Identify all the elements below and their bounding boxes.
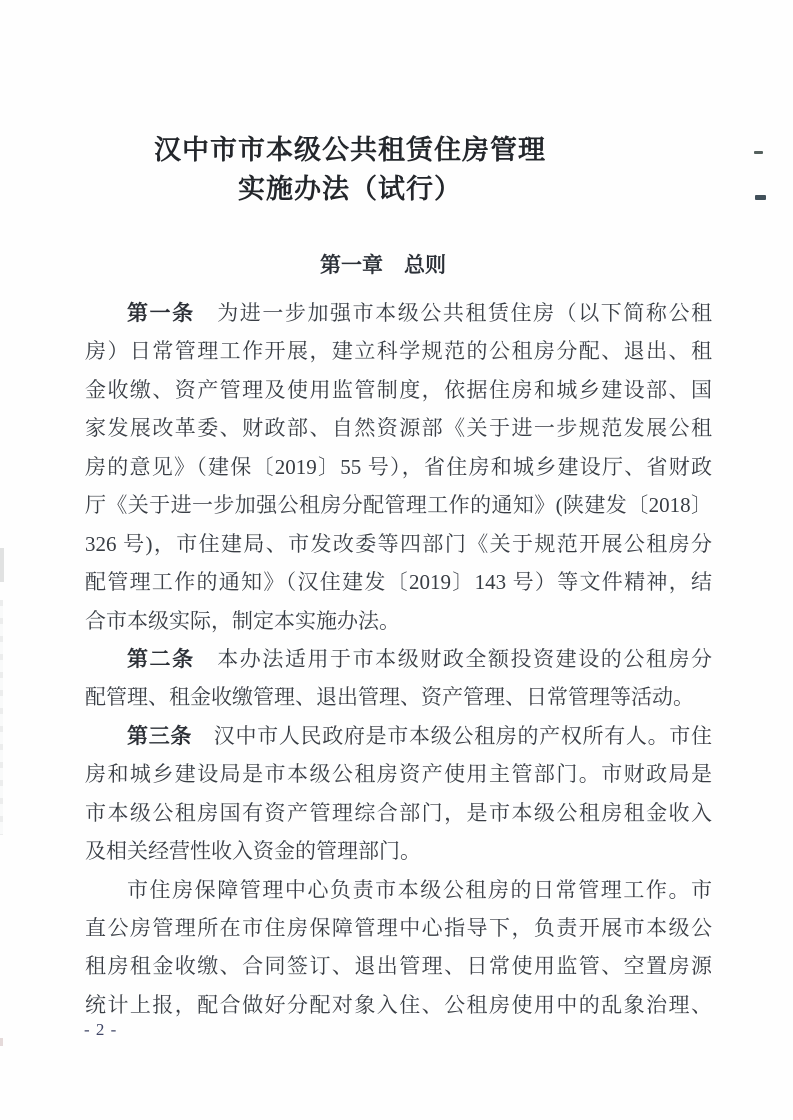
body-line: 房）日常管理工作开展，建立科学规范的公租房分配、退出、租 <box>85 332 712 370</box>
body-line: 厅《关于进一步加强公租房分配管理工作的通知》(陕建发〔2018〕 <box>85 486 712 524</box>
body-line: 第二条 本办法适用于市本级财政全额投资建设的公租房分 <box>85 640 712 678</box>
scanned-document-page: 汉中市市本级公共租赁住房管理 实施办法（试行） 第一章 总则 第一条 为进一步加… <box>0 0 793 1120</box>
body-line: 房的意见》（建保〔2019〕55 号），省住房和城乡建设厅、省财政 <box>85 448 712 486</box>
line-text: 本办法适用于市本级财政全额投资建设的公租房分 <box>195 647 712 671</box>
page-number: - 2 - <box>84 1020 117 1040</box>
scan-artifact-edge <box>0 548 4 582</box>
body-line: 家发展改革委、财政部、自然资源部《关于进一步规范发展公租 <box>85 409 712 447</box>
body-line: 金收缴、资产管理及使用监管制度，依据住房和城乡建设部、国 <box>85 371 712 409</box>
line-text: 为进一步加强市本级公共租赁住房（以下简称公租 <box>195 301 712 325</box>
article-number: 第三条 <box>127 724 192 748</box>
scan-artifact-dash <box>755 195 766 200</box>
body-line: 统计上报，配合做好分配对象入住、公租房使用中的乱象治理、 <box>85 986 712 1024</box>
body-line: 及相关经营性收入资金的管理部门。 <box>85 832 712 870</box>
line-text: 汉中市人民政府是市本级公租房的产权所有人。市住 <box>192 724 712 748</box>
document-title-line1: 汉中市市本级公共租赁住房管理 <box>0 131 700 170</box>
document-title: 汉中市市本级公共租赁住房管理 实施办法（试行） <box>0 131 700 209</box>
body-line: 租房租金收缴、合同签订、退出管理、日常使用监管、空置房源 <box>85 947 712 985</box>
scan-artifact-edge <box>0 1038 3 1046</box>
article-number: 第一条 <box>127 301 195 325</box>
body-line: 配管理工作的通知》（汉住建发〔2019〕143 号）等文件精神，结 <box>85 563 712 601</box>
document-body: 第一条 为进一步加强市本级公共租赁住房（以下简称公租 房）日常管理工作开展，建立… <box>85 294 712 1024</box>
scan-artifact-edge <box>0 600 3 835</box>
body-line: 第一条 为进一步加强市本级公共租赁住房（以下简称公租 <box>85 294 712 332</box>
body-line: 配管理、租金收缴管理、退出管理、资产管理、日常管理等活动。 <box>85 678 712 716</box>
body-line: 房和城乡建设局是市本级公租房资产使用主管部门。市财政局是 <box>85 755 712 793</box>
document-title-line2: 实施办法（试行） <box>0 170 700 209</box>
article-number: 第二条 <box>127 647 195 671</box>
body-line: 市本级公租房国有资产管理综合部门，是市本级公租房租金收入 <box>85 794 712 832</box>
body-line: 直公房管理所在市住房保障管理中心指导下，负责开展市本级公 <box>85 909 712 947</box>
body-line: 合市本级实际，制定本实施办法。 <box>85 602 712 640</box>
scan-artifact-dash <box>754 151 763 154</box>
body-line: 326 号)，市住建局、市发改委等四部门《关于规范开展公租房分 <box>85 525 712 563</box>
body-line: 市住房保障管理中心负责市本级公租房的日常管理工作。市 <box>85 871 712 909</box>
body-line: 第三条 汉中市人民政府是市本级公租房的产权所有人。市住 <box>85 717 712 755</box>
chapter-heading: 第一章 总则 <box>0 250 766 281</box>
